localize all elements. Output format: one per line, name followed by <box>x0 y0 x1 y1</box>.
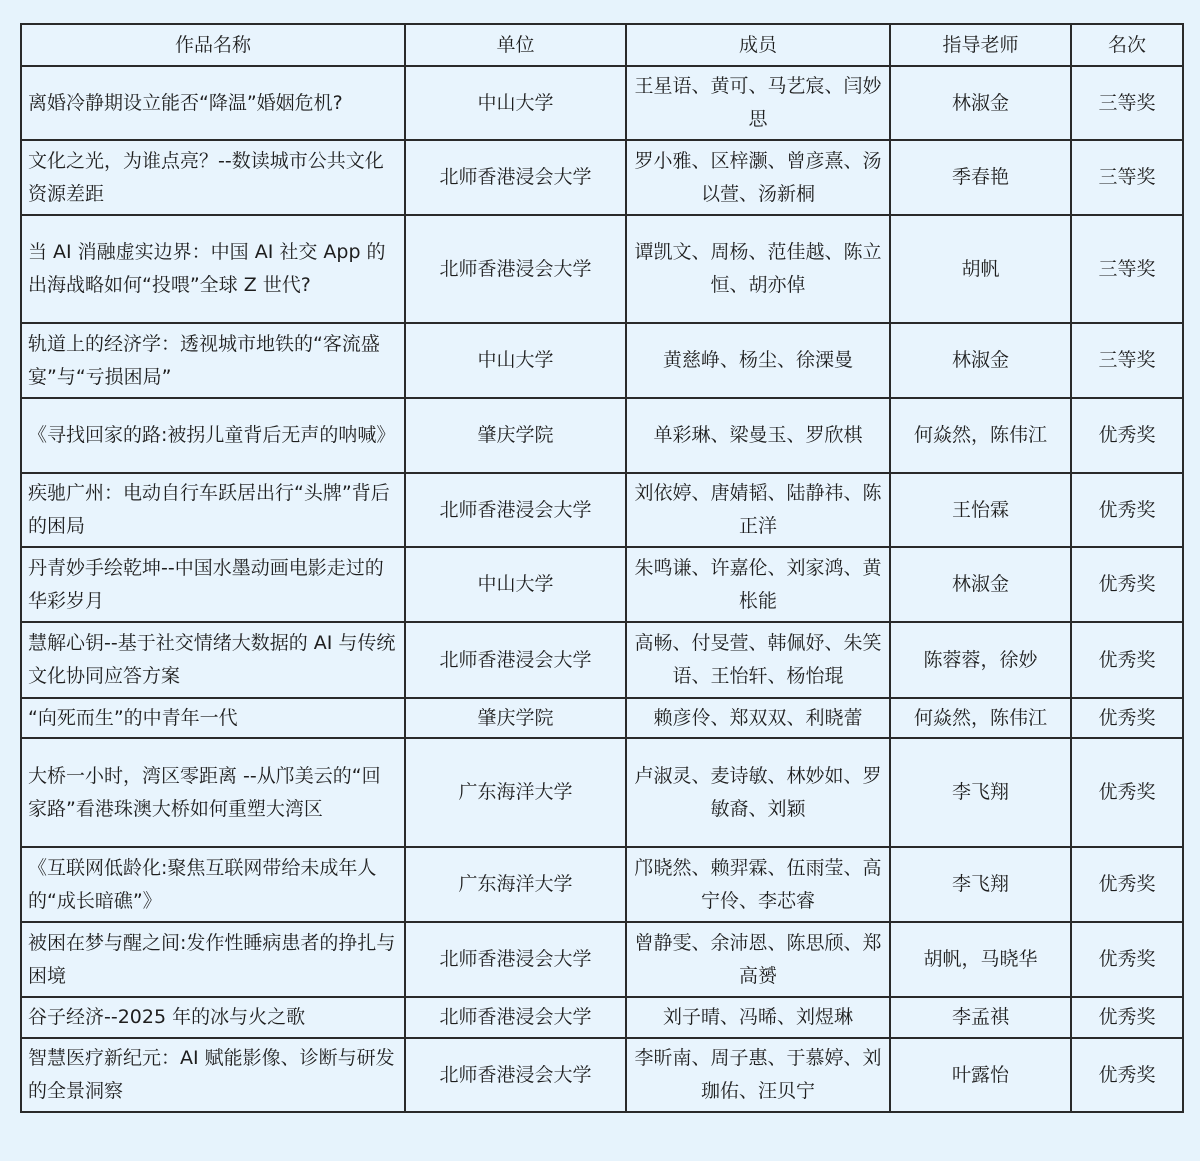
table-row: “向死而生”的中青年一代肇庆学院赖彦伶、郑双双、利晓蕾何焱然，陈伟江优秀奖 <box>21 698 1183 738</box>
cell-advisor: 叶露怡 <box>890 1038 1071 1112</box>
table-row: 慧解心钥--基于社交情绪大数据的 AI 与传统文化协同应答方案北师香港浸会大学高… <box>21 622 1183 698</box>
table-row: 轨道上的经济学：透视城市地铁的“客流盛宴”与“亏损困局”中山大学黄慈峥、杨尘、徐… <box>21 323 1183 398</box>
cell-unit: 北师香港浸会大学 <box>405 997 626 1038</box>
cell-members: 邝晓然、赖羿霖、伍雨莹、高宁伶、李芯睿 <box>626 847 890 922</box>
header-rank: 名次 <box>1071 24 1183 66</box>
header-advisor: 指导老师 <box>890 24 1071 66</box>
cell-unit: 中山大学 <box>405 547 626 622</box>
cell-members: 谭凯文、周杨、范佳越、陈立恒、胡亦倬 <box>626 215 890 323</box>
cell-title: 慧解心钥--基于社交情绪大数据的 AI 与传统文化协同应答方案 <box>21 622 405 698</box>
table-row: 当 AI 消融虚实边界：中国 AI 社交 App 的出海战略如何“投喂”全球 Z… <box>21 215 1183 323</box>
cell-members: 王星语、黄可、马艺宸、闫妙思 <box>626 66 890 140</box>
cell-members: 罗小雅、区梓灏、曾彦熹、汤以萱、汤新桐 <box>626 140 890 215</box>
table-row: 离婚冷静期设立能否“降温”婚姻危机?中山大学王星语、黄可、马艺宸、闫妙思林淑金三… <box>21 66 1183 140</box>
cell-rank: 三等奖 <box>1071 215 1183 323</box>
cell-unit: 中山大学 <box>405 323 626 398</box>
cell-members: 卢淑灵、麦诗敏、林妙如、罗敏裔、刘颖 <box>626 738 890 847</box>
cell-advisor: 李飞翔 <box>890 738 1071 847</box>
cell-rank: 优秀奖 <box>1071 622 1183 698</box>
cell-unit: 广东海洋大学 <box>405 738 626 847</box>
cell-unit: 中山大学 <box>405 66 626 140</box>
cell-title: 《寻找回家的路:被拐儿童背后无声的呐喊》 <box>21 398 405 473</box>
table-row: 疾驰广州：电动自行车跃居出行“头牌”背后的困局北师香港浸会大学刘依婷、唐婧韬、陆… <box>21 473 1183 547</box>
cell-advisor: 何焱然，陈伟江 <box>890 698 1071 738</box>
cell-unit: 肇庆学院 <box>405 398 626 473</box>
cell-title: “向死而生”的中青年一代 <box>21 698 405 738</box>
cell-advisor: 林淑金 <box>890 66 1071 140</box>
table-row: 《寻找回家的路:被拐儿童背后无声的呐喊》肇庆学院单彩琳、梁曼玉、罗欣棋何焱然，陈… <box>21 398 1183 473</box>
cell-title: 疾驰广州：电动自行车跃居出行“头牌”背后的困局 <box>21 473 405 547</box>
header-row: 作品名称 单位 成员 指导老师 名次 <box>21 24 1183 66</box>
cell-advisor: 胡帆，马晓华 <box>890 922 1071 997</box>
cell-title: 轨道上的经济学：透视城市地铁的“客流盛宴”与“亏损困局” <box>21 323 405 398</box>
cell-rank: 优秀奖 <box>1071 847 1183 922</box>
table-row: 文化之光，为谁点亮？--数读城市公共文化资源差距北师香港浸会大学罗小雅、区梓灏、… <box>21 140 1183 215</box>
cell-advisor: 陈蓉蓉，徐妙 <box>890 622 1071 698</box>
cell-title: 被困在梦与醒之间:发作性睡病患者的挣扎与困境 <box>21 922 405 997</box>
cell-unit: 北师香港浸会大学 <box>405 140 626 215</box>
cell-rank: 优秀奖 <box>1071 997 1183 1038</box>
cell-title: 《互联网低龄化:聚焦互联网带给未成年人的“成长暗礁”》 <box>21 847 405 922</box>
cell-title: 智慧医疗新纪元：AI 赋能影像、诊断与研发的全景洞察 <box>21 1038 405 1112</box>
cell-unit: 广东海洋大学 <box>405 847 626 922</box>
cell-title: 文化之光，为谁点亮？--数读城市公共文化资源差距 <box>21 140 405 215</box>
cell-unit: 北师香港浸会大学 <box>405 922 626 997</box>
table-row: 谷子经济--2025 年的冰与火之歌北师香港浸会大学刘子晴、冯晞、刘煜琳李孟祺优… <box>21 997 1183 1038</box>
cell-rank: 优秀奖 <box>1071 1038 1183 1112</box>
cell-members: 黄慈峥、杨尘、徐溧曼 <box>626 323 890 398</box>
cell-rank: 优秀奖 <box>1071 922 1183 997</box>
cell-unit: 北师香港浸会大学 <box>405 215 626 323</box>
cell-title: 丹青妙手绘乾坤--中国水墨动画电影走过的华彩岁月 <box>21 547 405 622</box>
table-row: 智慧医疗新纪元：AI 赋能影像、诊断与研发的全景洞察北师香港浸会大学李昕南、周子… <box>21 1038 1183 1112</box>
cell-unit: 北师香港浸会大学 <box>405 473 626 547</box>
cell-advisor: 李孟祺 <box>890 997 1071 1038</box>
table-row: 《互联网低龄化:聚焦互联网带给未成年人的“成长暗礁”》广东海洋大学邝晓然、赖羿霖… <box>21 847 1183 922</box>
header-members: 成员 <box>626 24 890 66</box>
cell-rank: 优秀奖 <box>1071 698 1183 738</box>
table-row: 大桥一小时，湾区零距离 --从邝美云的“回家路”看港珠澳大桥如何重塑大湾区广东海… <box>21 738 1183 847</box>
table-row: 丹青妙手绘乾坤--中国水墨动画电影走过的华彩岁月中山大学朱鸣谦、许嘉伦、刘家鸿、… <box>21 547 1183 622</box>
cell-rank: 三等奖 <box>1071 323 1183 398</box>
cell-rank: 三等奖 <box>1071 66 1183 140</box>
awards-table: 作品名称 单位 成员 指导老师 名次 离婚冷静期设立能否“降温”婚姻危机?中山大… <box>20 23 1184 1113</box>
cell-title: 当 AI 消融虚实边界：中国 AI 社交 App 的出海战略如何“投喂”全球 Z… <box>21 215 405 323</box>
cell-advisor: 季春艳 <box>890 140 1071 215</box>
cell-members: 曾静雯、余沛恩、陈思颀、郑高赟 <box>626 922 890 997</box>
cell-title: 离婚冷静期设立能否“降温”婚姻危机? <box>21 66 405 140</box>
cell-rank: 优秀奖 <box>1071 473 1183 547</box>
cell-rank: 优秀奖 <box>1071 738 1183 847</box>
cell-title: 谷子经济--2025 年的冰与火之歌 <box>21 997 405 1038</box>
cell-advisor: 李飞翔 <box>890 847 1071 922</box>
cell-advisor: 林淑金 <box>890 547 1071 622</box>
cell-rank: 三等奖 <box>1071 140 1183 215</box>
table-body: 离婚冷静期设立能否“降温”婚姻危机?中山大学王星语、黄可、马艺宸、闫妙思林淑金三… <box>21 66 1183 1112</box>
cell-members: 赖彦伶、郑双双、利晓蕾 <box>626 698 890 738</box>
cell-unit: 肇庆学院 <box>405 698 626 738</box>
cell-members: 刘子晴、冯晞、刘煜琳 <box>626 997 890 1038</box>
cell-title: 大桥一小时，湾区零距离 --从邝美云的“回家路”看港珠澳大桥如何重塑大湾区 <box>21 738 405 847</box>
header-title: 作品名称 <box>21 24 405 66</box>
table-row: 被困在梦与醒之间:发作性睡病患者的挣扎与困境北师香港浸会大学曾静雯、余沛恩、陈思… <box>21 922 1183 997</box>
cell-members: 单彩琳、梁曼玉、罗欣棋 <box>626 398 890 473</box>
cell-members: 朱鸣谦、许嘉伦、刘家鸿、黄枨能 <box>626 547 890 622</box>
cell-rank: 优秀奖 <box>1071 547 1183 622</box>
cell-unit: 北师香港浸会大学 <box>405 622 626 698</box>
cell-members: 高畅、付旻萱、韩佩妤、朱笑语、王怡轩、杨怡琨 <box>626 622 890 698</box>
cell-members: 刘依婷、唐婧韬、陆静祎、陈正洋 <box>626 473 890 547</box>
cell-members: 李昕南、周子惠、于慕婷、刘珈佑、汪贝宁 <box>626 1038 890 1112</box>
cell-unit: 北师香港浸会大学 <box>405 1038 626 1112</box>
cell-advisor: 何焱然，陈伟江 <box>890 398 1071 473</box>
cell-advisor: 林淑金 <box>890 323 1071 398</box>
cell-advisor: 王怡霖 <box>890 473 1071 547</box>
cell-advisor: 胡帆 <box>890 215 1071 323</box>
header-unit: 单位 <box>405 24 626 66</box>
cell-rank: 优秀奖 <box>1071 398 1183 473</box>
